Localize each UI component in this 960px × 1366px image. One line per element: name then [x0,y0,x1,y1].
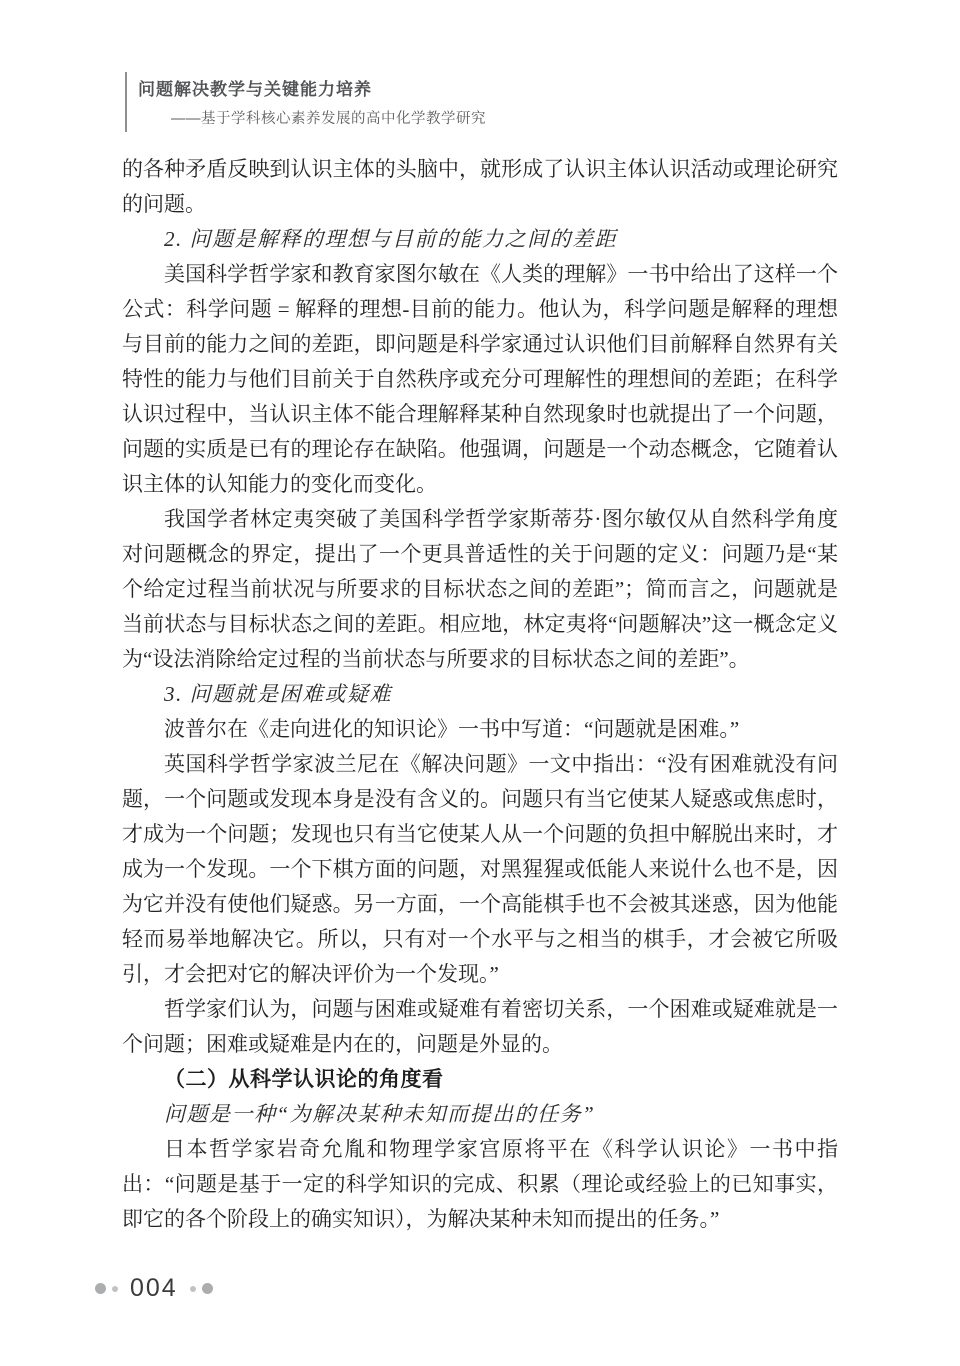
book-title: 问题解决教学与关键能力培养 [138,75,486,100]
paragraph-polanyi: 英国科学哲学家波兰尼在《解决问题》一文中指出：“没有困难就没有问题，一个问题或发… [122,747,838,992]
heading-kai-task: 问题是一种“为解决某种未知而提出的任务” [122,1097,838,1132]
paragraph-toulmin: 美国科学哲学家和教育家图尔敏在《人类的理解》一书中给出了这样一个公式：科学问题 … [122,257,838,502]
header-text-block: 问题解决教学与关键能力培养 ——基于学科核心素养发展的高中化学教学研究 [138,72,486,132]
footer-dot-small-right [190,1286,196,1292]
running-head: 问题解决教学与关键能力培养 ——基于学科核心素养发展的高中化学教学研究 [125,72,486,132]
footer-dot-small-left [112,1286,118,1292]
header-divider-line [125,72,127,132]
book-page: 问题解决教学与关键能力培养 ——基于学科核心素养发展的高中化学教学研究 的各种矛… [0,0,960,1366]
footer-dot-large-left [95,1283,106,1294]
paragraph-japanese-philosophers: 日本哲学家岩奇允胤和物理学家宫原将平在《科学认识论》一书中指出：“问题是基于一定… [122,1132,838,1237]
book-subtitle: ——基于学科核心素养发展的高中化学教学研究 [138,107,486,128]
footer-dot-large-right [202,1283,213,1294]
paragraph-popper: 波普尔在《走向进化的知识论》一书中写道：“问题就是困难。” [122,712,838,747]
body-text-block: 的各种矛盾反映到认识主体的头脑中，就形成了认识主体认识活动或理论研究的问题。 2… [122,152,838,1237]
heading-section-2: （二）从科学认识论的角度看 [122,1062,838,1097]
page-number: 004 [130,1274,178,1303]
paragraph-philosophers: 哲学家们认为，问题与困难或疑难有着密切关系，一个困难或疑难就是一个问题；困难或疑… [122,992,838,1062]
heading-item-2: 2. 问题是解释的理想与目前的能力之间的差距 [122,222,838,257]
paragraph-lindingyi: 我国学者林定夷突破了美国科学哲学家斯蒂芬·图尔敏仅从自然科学角度对问题概念的界定… [122,502,838,677]
page-footer: 004 [95,1274,213,1303]
heading-item-3: 3. 问题就是困难或疑难 [122,677,838,712]
paragraph-continuation: 的各种矛盾反映到认识主体的头脑中，就形成了认识主体认识活动或理论研究的问题。 [122,152,838,222]
